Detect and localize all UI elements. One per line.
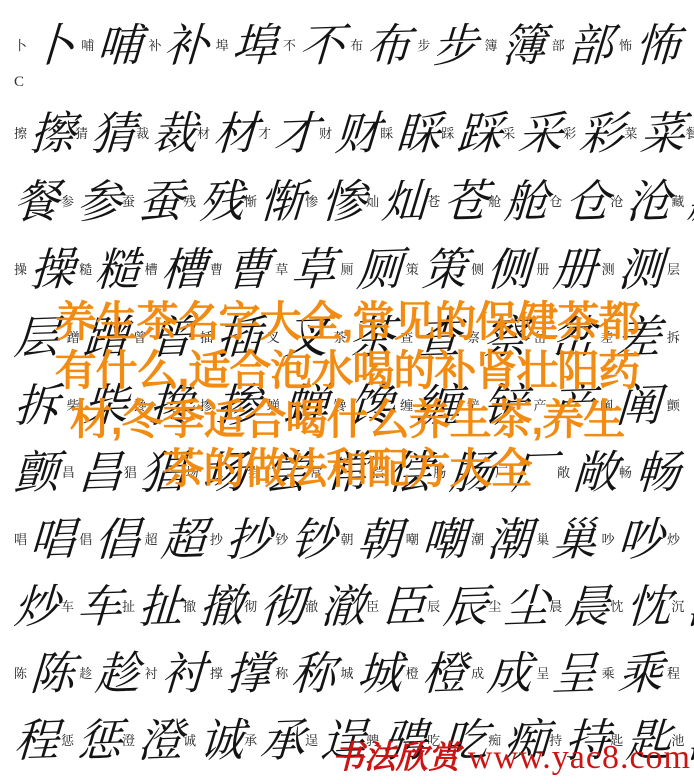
label-char: 乘: [602, 667, 615, 680]
label-char: 仓: [549, 195, 562, 208]
cursive-glyph: 擦: [29, 110, 76, 157]
label-char: 猜: [75, 127, 88, 140]
cursive-glyph: 嘲: [421, 516, 468, 563]
character-pair: 抄抄: [210, 517, 271, 562]
label-char: 餐: [685, 127, 694, 140]
cursive-glyph: 尘: [503, 583, 550, 630]
watermark-brand: 书法欣赏: [332, 732, 460, 778]
label-char: 蚕: [122, 195, 135, 208]
cursive-glyph: 怖: [634, 22, 681, 69]
character-pair: 步步: [417, 23, 478, 68]
character-pair: 沧沧: [610, 179, 671, 224]
label-char: 糙: [79, 263, 92, 276]
cursive-glyph: 苍: [442, 178, 489, 225]
cursive-glyph: 参: [76, 178, 123, 225]
cursive-glyph: 成: [486, 650, 533, 697]
cursive-glyph: 簿: [499, 22, 546, 69]
cursive-glyph: 踩: [456, 110, 503, 157]
label-char: 惩: [61, 734, 74, 747]
cursive-glyph: 沧: [625, 178, 672, 225]
character-pair: 采采: [502, 111, 563, 156]
character-pair: 测测: [602, 247, 663, 292]
cursive-glyph: 倡: [94, 516, 141, 563]
cursive-glyph: 惨: [320, 178, 367, 225]
cursive-glyph: 钞: [290, 516, 337, 563]
cursive-glyph: 策: [421, 246, 468, 293]
label-char: 晨: [549, 600, 562, 613]
cursive-glyph: 不: [298, 22, 345, 69]
label-char: 哺: [81, 39, 94, 52]
cursive-glyph: 卜: [29, 22, 76, 69]
character-pair: 巢巢: [536, 517, 597, 562]
character-pair: 沉沉: [671, 584, 694, 629]
character-pair: 惨惨: [305, 179, 366, 224]
character-row: 餐参参蚕蚕残残惭惭惨惨灿灿苍苍舱舱仓仓沧沧藏藏: [0, 172, 694, 230]
cursive-glyph: 辰: [442, 583, 489, 630]
cursive-glyph: 藏: [686, 178, 694, 225]
title-line: 材,冬季适合喝什么养生茶,养生: [0, 395, 694, 444]
label-char: 裁: [136, 127, 149, 140]
character-pair: 草草: [275, 247, 336, 292]
character-row: 炒车车扯扯撤撤彻彻澈澈臣臣辰辰尘尘晨晨忱忱沉沉: [0, 577, 694, 635]
character-pair: 菜菜: [624, 111, 685, 156]
title-line: 养生茶名字大全,常见的保健茶都: [0, 297, 694, 346]
label-char: 钞: [275, 533, 288, 546]
label-char: 测: [602, 263, 615, 276]
character-pair: 才才: [258, 111, 319, 156]
character-pair: 参参: [61, 179, 122, 224]
character-pair: 诚诚: [183, 718, 244, 763]
character-pair: 踩踩: [441, 111, 502, 156]
label-char: 扯: [122, 600, 135, 613]
cursive-glyph: 潮: [486, 516, 533, 563]
character-pair: 猜猜: [75, 111, 136, 156]
character-pair: 彩彩: [563, 111, 624, 156]
character-pair: 舱舱: [488, 179, 549, 224]
label-char: 倡: [79, 533, 92, 546]
character-pair: 册册: [536, 247, 597, 292]
label-char: 撤: [183, 600, 196, 613]
cursive-glyph: 程: [13, 717, 60, 764]
watermark-url: www.yac8.com: [468, 739, 691, 777]
character-pair: 布布: [350, 23, 411, 68]
label-char: 辰: [427, 600, 440, 613]
cursive-glyph: 臣: [381, 583, 428, 630]
character-pair: 操操: [14, 247, 75, 292]
label-char: 沉: [671, 600, 684, 613]
cursive-glyph: 承: [259, 717, 306, 764]
label-char: 撑: [210, 667, 223, 680]
character-pair: 扯扯: [122, 584, 183, 629]
cursive-glyph: 仓: [564, 178, 611, 225]
character-pair: 惭惭: [244, 179, 305, 224]
label-char: 衬: [145, 667, 158, 680]
cursive-glyph: 乘: [616, 650, 663, 697]
label-char: 策: [406, 263, 419, 276]
cursive-glyph: 呈: [551, 650, 598, 697]
cursive-glyph: 诚: [198, 717, 245, 764]
character-pair: 擦擦: [14, 111, 75, 156]
character-pair: 惩惩: [61, 718, 122, 763]
label-char: 灿: [366, 195, 379, 208]
label-char: 踩: [441, 127, 454, 140]
cursive-glyph: 菜: [639, 110, 686, 157]
cursive-glyph: 彩: [578, 110, 625, 157]
label-char: 部: [552, 39, 565, 52]
label-char: 诚: [183, 734, 196, 747]
character-pair: 裁裁: [136, 111, 197, 156]
label-char: 苍: [427, 195, 440, 208]
cursive-glyph: 厕: [355, 246, 402, 293]
character-pair: 成成: [471, 651, 532, 696]
label-char: 尘: [488, 600, 501, 613]
character-pair: 呈呈: [536, 651, 597, 696]
character-pair: 财财: [319, 111, 380, 156]
label-char: 怖: [619, 39, 632, 52]
cursive-glyph: 步: [432, 22, 479, 69]
cursive-glyph: 裁: [151, 110, 198, 157]
title-overlay: 养生茶名字大全,常见的保健茶都有什么,适合泡水喝的补肾壮阳药材,冬季适合喝什么养…: [0, 297, 694, 493]
character-pair: 曹曹: [210, 247, 271, 292]
character-pair: 趁趁: [79, 651, 140, 696]
cursive-glyph: 猜: [90, 110, 137, 157]
label-char: 趁: [79, 667, 92, 680]
character-row: 陈陈趁趁衬衬撑撑称称城城橙橙成成呈呈乘乘程: [0, 644, 694, 702]
character-pair: 澈澈: [305, 584, 366, 629]
character-row: 擦擦猜猜裁裁材材才才财财睬睬踩踩采采彩彩菜菜餐: [0, 104, 694, 162]
cursive-glyph: 哺: [96, 22, 143, 69]
character-pair: 侧侧: [471, 247, 532, 292]
character-pair: 晨晨: [549, 584, 610, 629]
cursive-glyph: 布: [365, 22, 412, 69]
cursive-glyph: 唱: [29, 516, 76, 563]
character-pair: 彻彻: [244, 584, 305, 629]
label-char: 忱: [610, 600, 623, 613]
label-char: 抄: [210, 533, 223, 546]
label-char: 惭: [244, 195, 257, 208]
cursive-glyph: 曹: [225, 246, 272, 293]
character-pair: 苍苍: [427, 179, 488, 224]
character-pair: 陈陈: [14, 651, 75, 696]
character-pair: 潮潮: [471, 517, 532, 562]
cursive-glyph: 晨: [564, 583, 611, 630]
character-pair: 超超: [145, 517, 206, 562]
label-char: 成: [471, 667, 484, 680]
label-char: 擦: [14, 127, 27, 140]
label-char: 超: [145, 533, 158, 546]
character-pair: 睬睬: [380, 111, 441, 156]
cursive-glyph: 才: [273, 110, 320, 157]
label-char: 惨: [305, 195, 318, 208]
label-char: 承: [244, 734, 257, 747]
cursive-glyph: 城: [355, 650, 402, 697]
cursive-glyph: 操: [29, 246, 76, 293]
section-marker-c: C: [14, 74, 24, 91]
label-char: 吵: [602, 533, 615, 546]
character-pair: 材材: [197, 111, 258, 156]
label-char: 卜: [14, 39, 27, 52]
cursive-glyph: 灿: [381, 178, 428, 225]
cursive-glyph: 吵: [616, 516, 663, 563]
cursive-glyph: 扯: [137, 583, 184, 630]
character-pair: 仓仓: [549, 179, 610, 224]
character-row: 卜卜哺哺补补埠埠不不布布步步簿簿部部怖怖: [0, 16, 694, 74]
character-pair: 唱唱: [14, 517, 75, 562]
label-char: 残: [183, 195, 196, 208]
label-char: 彻: [244, 600, 257, 613]
cursive-glyph: 朝: [355, 516, 402, 563]
label-char: 菜: [624, 127, 637, 140]
character-pair: 乘乘: [602, 651, 663, 696]
label-char: 逞: [305, 734, 318, 747]
cursive-glyph: 材: [212, 110, 259, 157]
cursive-glyph: 补: [163, 22, 210, 69]
character-pair: 吵吵: [602, 517, 663, 562]
title-line: 有什么,适合泡水喝的补肾壮阳药: [0, 346, 694, 395]
cursive-glyph: 撤: [198, 583, 245, 630]
character-pair: 嘲嘲: [406, 517, 467, 562]
character-pair: 补补: [148, 23, 209, 68]
label-char: 厕: [340, 263, 353, 276]
label-char: 财: [319, 127, 332, 140]
character-pair: 蚕蚕: [122, 179, 183, 224]
cursive-glyph: 澄: [137, 717, 184, 764]
label-char: 朝: [340, 533, 353, 546]
cursive-glyph: 部: [567, 22, 614, 69]
cursive-glyph: 车: [76, 583, 123, 630]
label-char: 嘲: [406, 533, 419, 546]
label-char: 炒: [667, 533, 680, 546]
cursive-glyph: 册: [551, 246, 598, 293]
character-pair: 衬衬: [145, 651, 206, 696]
label-char: 簿: [485, 39, 498, 52]
character-pair: 糙糙: [79, 247, 140, 292]
cursive-glyph: 草: [290, 246, 337, 293]
character-pair: 哺哺: [81, 23, 142, 68]
cursive-glyph: 测: [616, 246, 663, 293]
character-pair: 朝朝: [340, 517, 401, 562]
label-char: 埠: [216, 39, 229, 52]
label-char: 补: [148, 39, 161, 52]
label-char: 澄: [122, 734, 135, 747]
character-pair: 钞钞: [275, 517, 336, 562]
cursive-glyph: 彻: [259, 583, 306, 630]
character-pair: 藏藏: [671, 179, 694, 224]
character-pair: 簿簿: [485, 23, 546, 68]
label-char: 草: [275, 263, 288, 276]
cursive-glyph: 蚕: [137, 178, 184, 225]
character-row: 操操糙糙槽槽曹曹草草厕厕策策侧侧册册测测层: [0, 240, 694, 298]
label-char: 陈: [14, 667, 27, 680]
cursive-glyph: 采: [517, 110, 564, 157]
cursive-glyph: 陈: [29, 650, 76, 697]
label-char: 采: [502, 127, 515, 140]
cursive-glyph: 橙: [421, 650, 468, 697]
label-char: 城: [340, 667, 353, 680]
cursive-glyph: 巢: [551, 516, 598, 563]
cursive-glyph: 财: [334, 110, 381, 157]
label-char: 册: [536, 263, 549, 276]
label-char: 材: [197, 127, 210, 140]
cursive-glyph: 侧: [486, 246, 533, 293]
character-pair: 卜卜: [14, 23, 75, 68]
label-char: 彩: [563, 127, 576, 140]
label-char: 操: [14, 263, 27, 276]
label-char: 澈: [305, 600, 318, 613]
character-pair: 橙橙: [406, 651, 467, 696]
label-char: 称: [275, 667, 288, 680]
cursive-glyph: 衬: [159, 650, 206, 697]
cursive-glyph: 埠: [230, 22, 277, 69]
character-row: 唱唱倡倡超超抄抄钞钞朝朝嘲嘲潮潮巢巢吵吵炒: [0, 510, 694, 568]
label-char: 不: [283, 39, 296, 52]
label-char: 布: [350, 39, 363, 52]
label-char: 橙: [406, 667, 419, 680]
label-char: 沧: [610, 195, 623, 208]
label-char: 层: [667, 263, 680, 276]
label-char: 臣: [366, 600, 379, 613]
cursive-glyph: 舱: [503, 178, 550, 225]
cursive-glyph: 沉: [686, 583, 694, 630]
cursive-glyph: 抄: [225, 516, 272, 563]
character-pair: 澄澄: [122, 718, 183, 763]
cursive-glyph: 炒: [13, 583, 60, 630]
cursive-glyph: 残: [198, 178, 245, 225]
label-char: 步: [417, 39, 430, 52]
label-char: 藏: [671, 195, 684, 208]
character-pair: 忱忱: [610, 584, 671, 629]
character-pair: 残残: [183, 179, 244, 224]
cursive-glyph: 槽: [159, 246, 206, 293]
cursive-glyph: 超: [159, 516, 206, 563]
character-pair: 灿灿: [366, 179, 427, 224]
label-char: 巢: [536, 533, 549, 546]
character-pair: 部部: [552, 23, 613, 68]
label-char: 侧: [471, 263, 484, 276]
label-char: 潮: [471, 533, 484, 546]
character-pair: 辰辰: [427, 584, 488, 629]
cursive-glyph: 忱: [625, 583, 672, 630]
character-pair: 称称: [275, 651, 336, 696]
cursive-glyph: 糙: [94, 246, 141, 293]
label-char: 曹: [210, 263, 223, 276]
cursive-glyph: 惩: [76, 717, 123, 764]
character-pair: 撤撤: [183, 584, 244, 629]
label-char: 参: [61, 195, 74, 208]
cursive-glyph: 惭: [259, 178, 306, 225]
character-pair: 怖怖: [619, 23, 680, 68]
character-pair: 臣臣: [366, 584, 427, 629]
label-char: 舱: [488, 195, 501, 208]
label-char: 车: [61, 600, 74, 613]
watermark: 书法欣赏 www.yac8.com: [332, 732, 691, 778]
character-pair: 不不: [283, 23, 344, 68]
cursive-glyph: 撑: [225, 650, 272, 697]
character-pair: 策策: [406, 247, 467, 292]
character-pair: 尘尘: [488, 584, 549, 629]
label-char: 程: [667, 667, 680, 680]
character-pair: 车车: [61, 584, 122, 629]
label-char: 睬: [380, 127, 393, 140]
character-pair: 撑撑: [210, 651, 271, 696]
cursive-glyph: 睬: [395, 110, 442, 157]
character-pair: 厕厕: [340, 247, 401, 292]
character-pair: 倡倡: [79, 517, 140, 562]
cursive-glyph: 餐: [13, 178, 60, 225]
label-char: 呈: [536, 667, 549, 680]
cursive-glyph: 澈: [320, 583, 367, 630]
character-pair: 槽槽: [145, 247, 206, 292]
label-char: 才: [258, 127, 271, 140]
cursive-glyph: 趁: [94, 650, 141, 697]
character-pair: 承承: [244, 718, 305, 763]
label-char: 槽: [145, 263, 158, 276]
title-line: 茶的做法和配方大全: [0, 444, 694, 493]
label-char: 唱: [14, 533, 27, 546]
character-pair: 埠埠: [216, 23, 277, 68]
cursive-glyph: 称: [290, 650, 337, 697]
character-pair: 城城: [340, 651, 401, 696]
